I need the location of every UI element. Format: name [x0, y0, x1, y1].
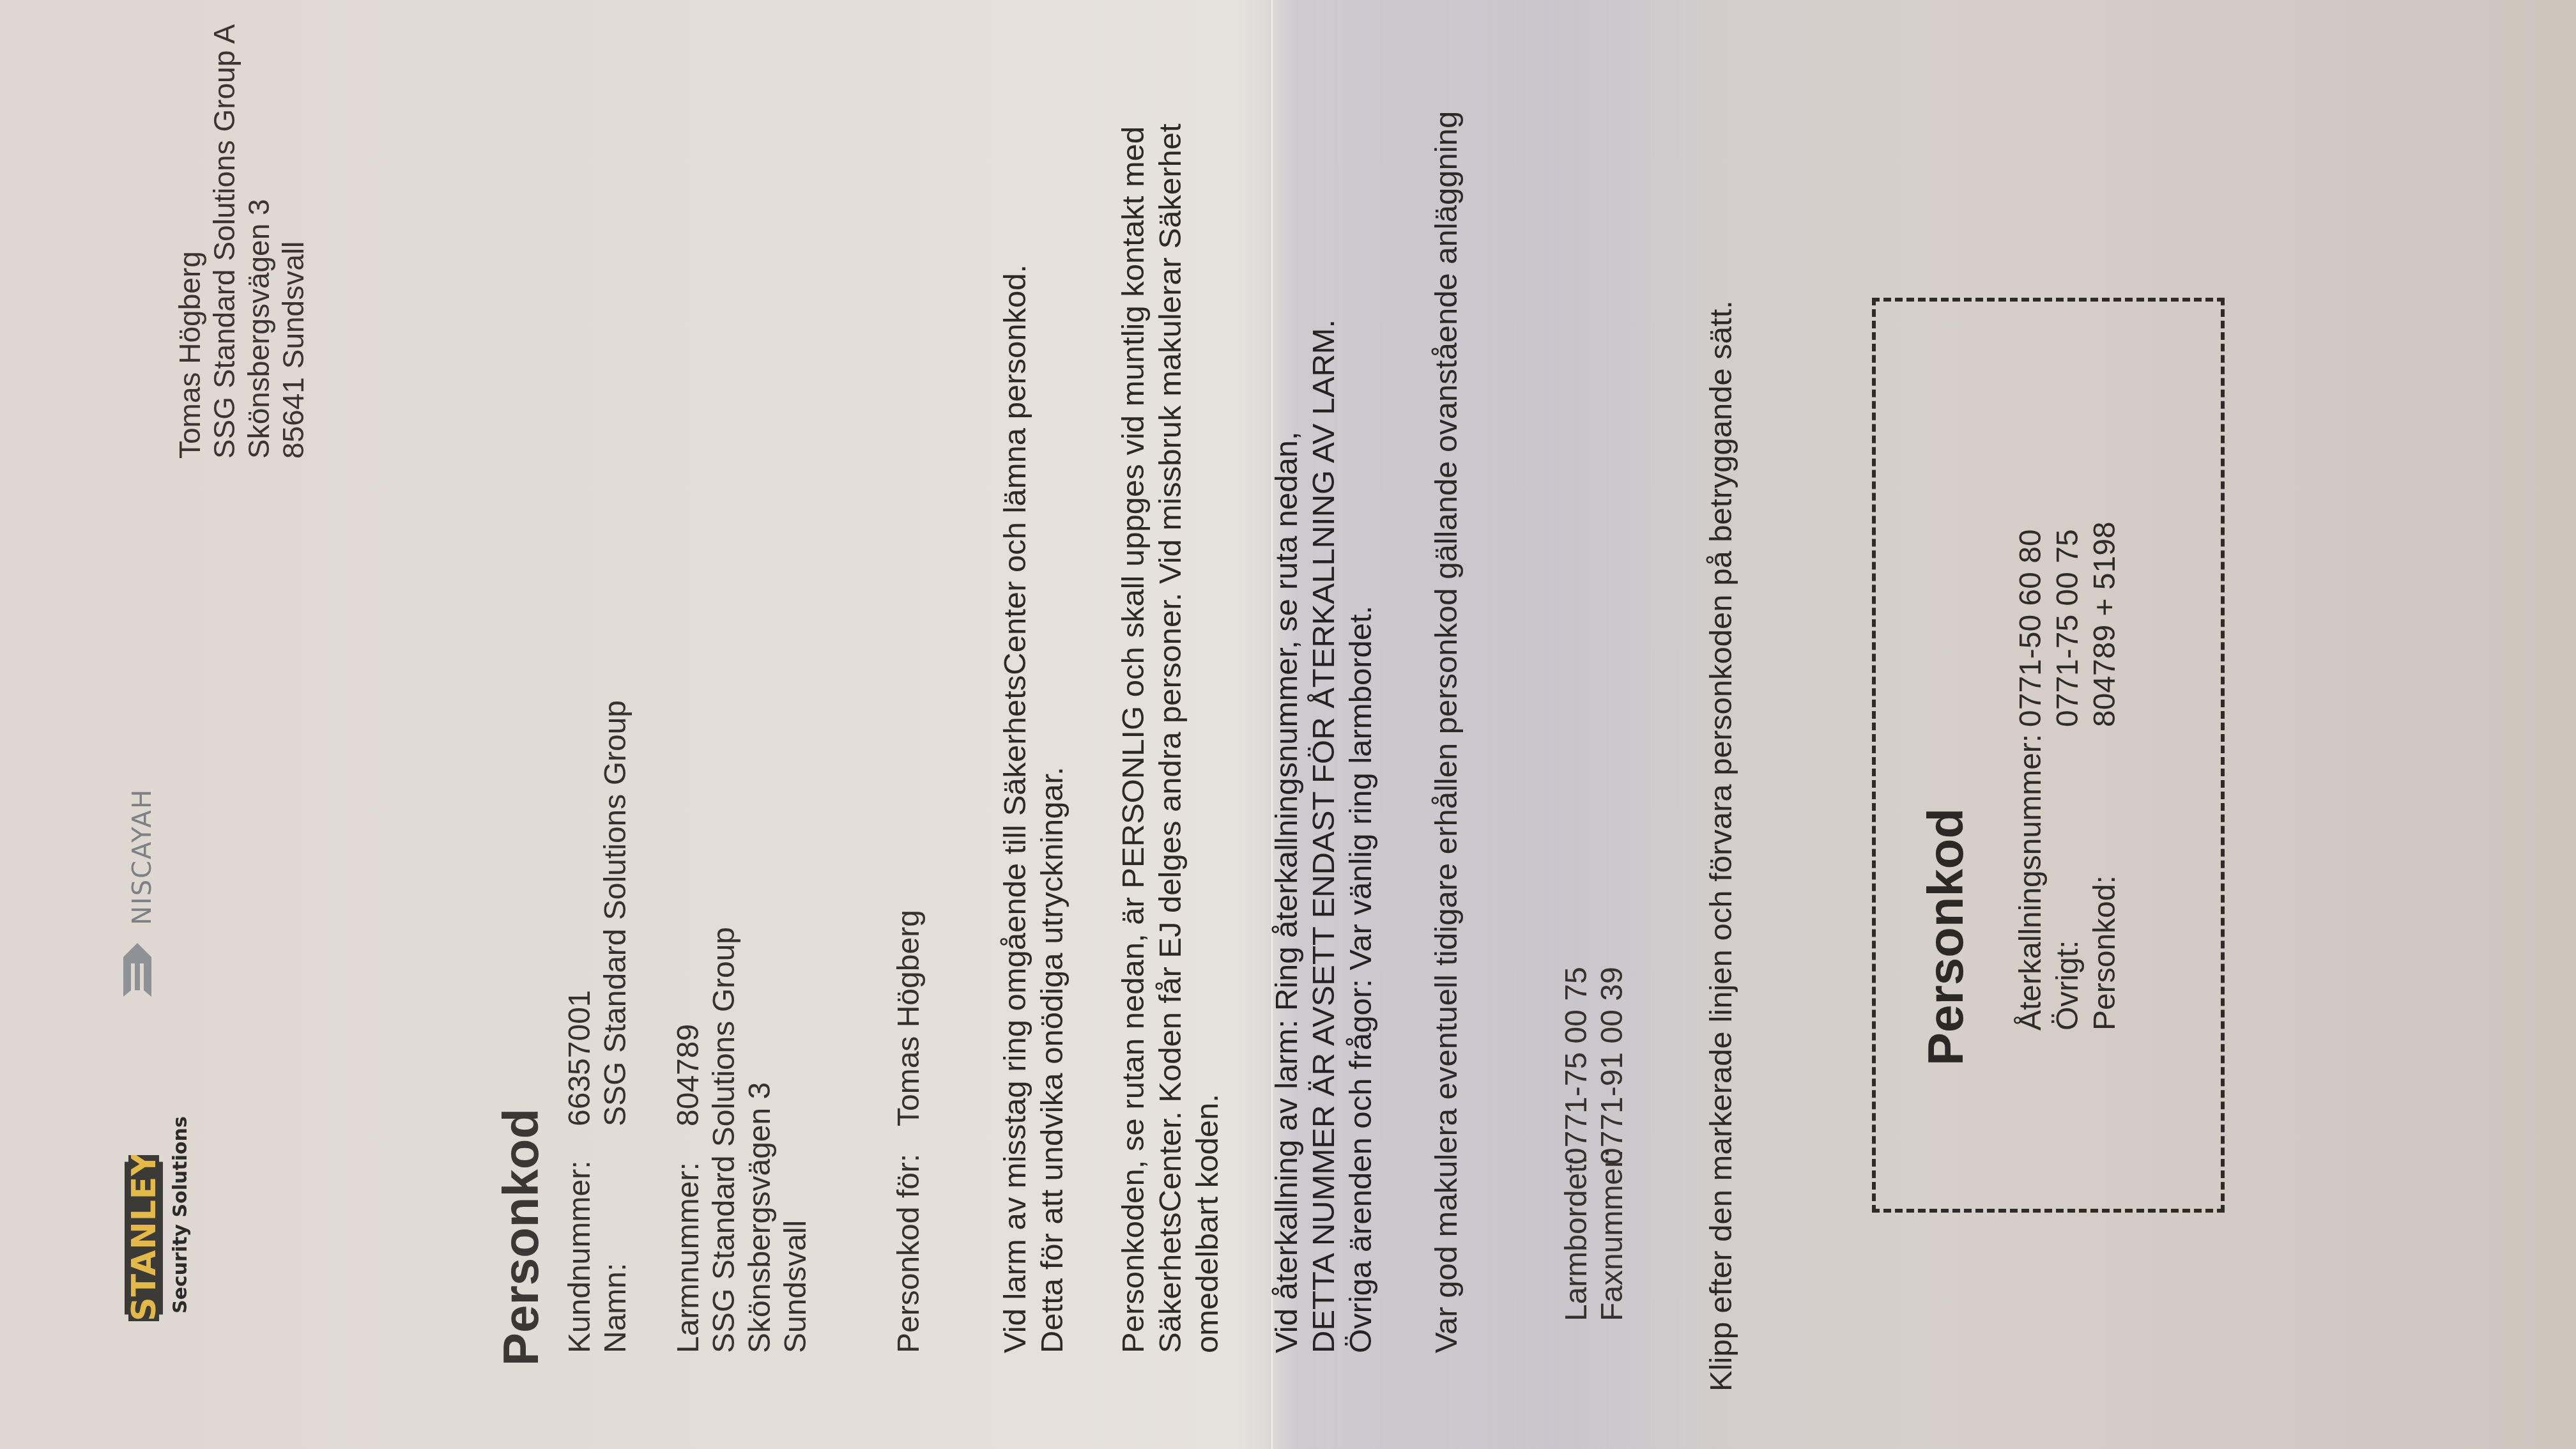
- alarm-address-line: Sundsvall: [778, 1220, 814, 1353]
- kundnummer-label: Kundnummer:: [562, 1161, 598, 1353]
- photo-background: STANLEY Security Solutions NISCAYAH Toma…: [0, 0, 2576, 1449]
- recipient-address: Tomas Högberg SSG Standard Solutions Gro…: [172, 24, 310, 459]
- stanley-tagline: Security Solutions: [169, 1116, 192, 1314]
- page-title: Personkod: [492, 1108, 550, 1366]
- letter-page: STANLEY Security Solutions NISCAYAH Toma…: [0, 0, 2576, 1449]
- larmnummer-label: Larmnummer:: [671, 1162, 707, 1353]
- paragraph-recall: Vid återkallning av larm: Ring återkalln…: [1268, 319, 1379, 1353]
- recipient-line: Skönsbergsvägen 3: [241, 24, 276, 459]
- recall-number-value: 0771-50 60 80: [2012, 521, 2050, 727]
- alarm-address-line: Skönsbergsvägen 3: [742, 1082, 778, 1353]
- paragraph-line: Vid larm av misstag ring omgående till S…: [997, 264, 1034, 1353]
- paragraph-line: DETTA NUMMER ÄR AVSETT ENDAST FÖR ÅTERKA…: [1305, 319, 1342, 1353]
- namn-label: Namn:: [598, 1263, 634, 1353]
- recipient-line: Tomas Högberg: [172, 24, 207, 459]
- hand-icon: [118, 938, 157, 1002]
- personkod-for-value: Tomas Högberg: [891, 910, 927, 1126]
- namn-value: SSG Standard Solutions Group: [598, 700, 634, 1126]
- personkod-for-label: Personkod för:: [891, 1154, 927, 1353]
- personal-code-label: Personkod:: [2087, 734, 2124, 1031]
- paragraph-line: SäkerhetsCenter. Koden får EJ delges and…: [1152, 123, 1189, 1353]
- other-number-label: Övrigt:: [2050, 734, 2087, 1031]
- personal-code-value: 804789 + 5198: [2087, 521, 2124, 727]
- niscayah-logo: NISCAYAH: [128, 788, 157, 925]
- paragraph-false-alarm: Vid larm av misstag ring omgående till S…: [997, 264, 1071, 1353]
- larmnummer-value: 804789: [671, 1024, 707, 1126]
- other-number-value: 0771-75 00 75: [2050, 521, 2087, 727]
- paragraph-line: Detta för att undvika onödiga utryckning…: [1034, 264, 1071, 1353]
- kundnummer-value: 66357001: [562, 990, 598, 1126]
- cutout-values: 0771-50 60 80 0771-75 00 75 804789 + 519…: [2012, 521, 2124, 727]
- paragraph-line: Vid återkallning av larm: Ring återkalln…: [1268, 319, 1305, 1353]
- faxnummer-label: Faxnummer:: [1595, 1149, 1630, 1321]
- recipient-line: SSG Standard Solutions Group A: [207, 24, 241, 459]
- paragraph-personal-code: Personkoden, se rutan nedan, är PERSONLI…: [1115, 123, 1226, 1353]
- recipient-line: 85641 Sundsvall: [276, 24, 310, 459]
- paragraph-shred-old: Var god makulera eventuell tidigare erhå…: [1428, 111, 1465, 1353]
- cutout-title: Personkod: [1917, 808, 1975, 1066]
- larmbordet-value: 0771-75 00 75: [1559, 967, 1595, 1165]
- cut-instruction: Klipp efter den markerade linjen och för…: [1703, 300, 1740, 1391]
- stanley-logo: STANLEY: [125, 1155, 163, 1321]
- paragraph-line: omedelbart koden.: [1189, 123, 1226, 1353]
- paragraph-line: Personkoden, se rutan nedan, är PERSONLI…: [1115, 123, 1152, 1353]
- recall-number-label: Återkallningsnummer:: [2012, 734, 2050, 1031]
- larmbordet-label: Larmbordet:: [1559, 1156, 1595, 1321]
- paragraph-line: Övriga ärenden och frågor: Var vänlig ri…: [1342, 319, 1379, 1353]
- cutout-labels: Återkallningsnummer: Övrigt: Personkod:: [2012, 734, 2124, 1031]
- paragraph-line: Var god makulera eventuell tidigare erhå…: [1428, 111, 1465, 1353]
- alarm-address-line: SSG Standard Solutions Group: [707, 927, 742, 1353]
- faxnummer-value: 0771-91 00 39: [1595, 967, 1630, 1165]
